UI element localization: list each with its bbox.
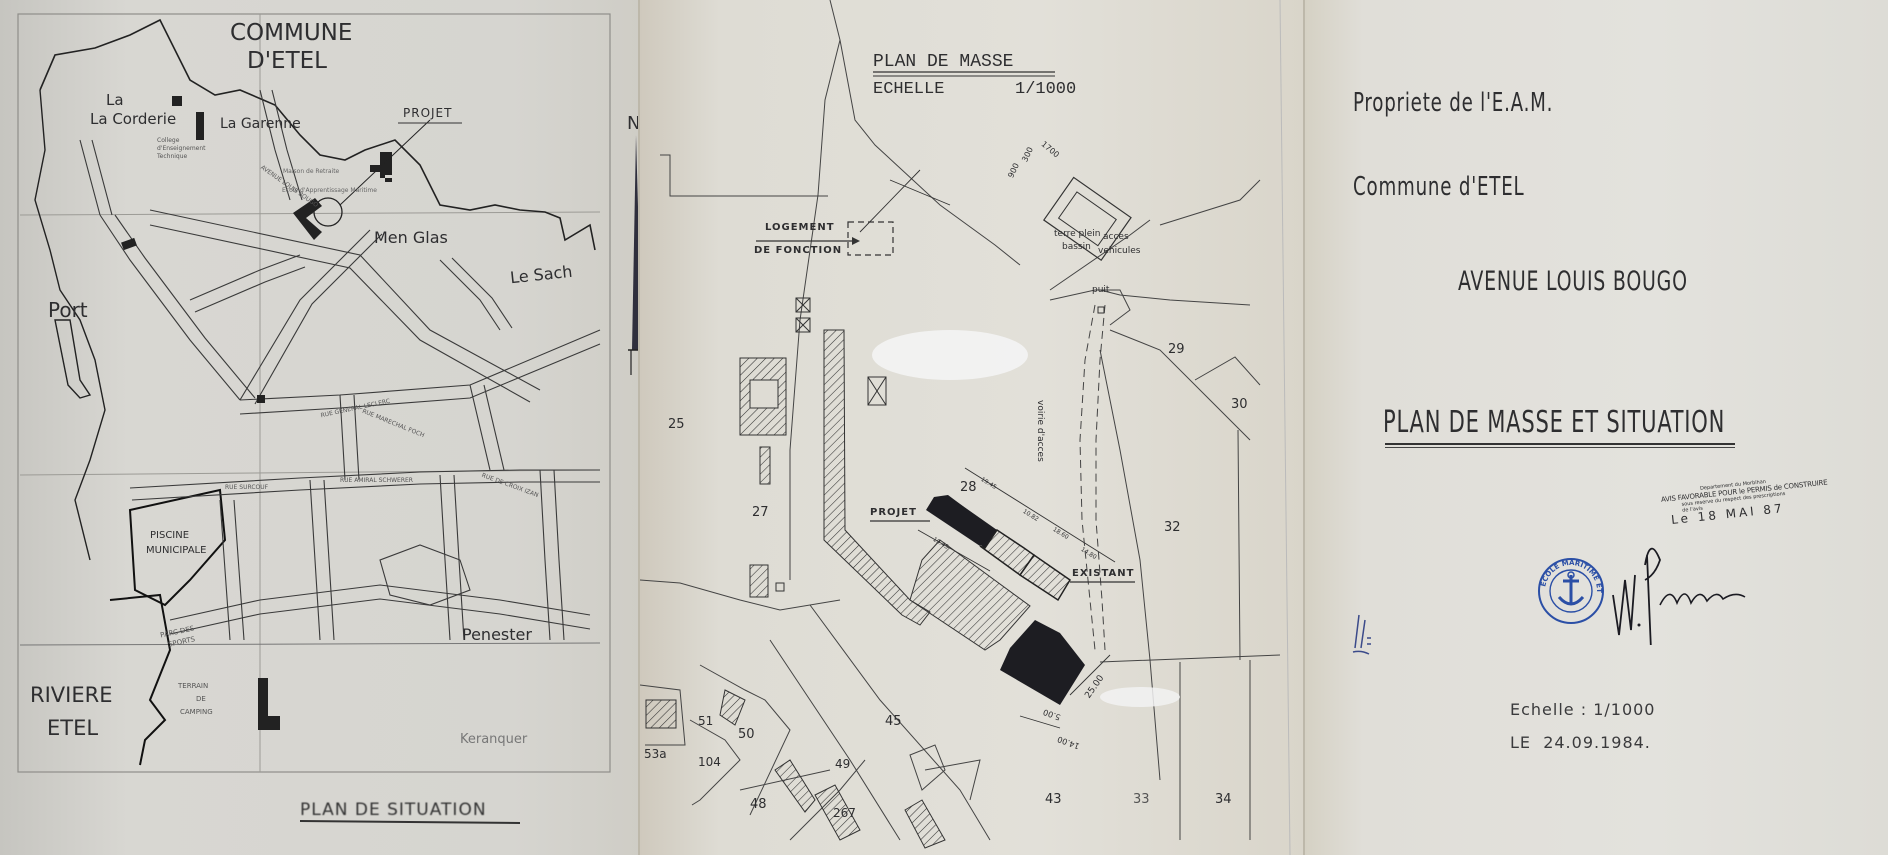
title-underline [1385, 447, 1735, 448]
camping-label-2: DE [196, 695, 206, 703]
piscine-label-2: MUNICIPALE [146, 545, 206, 556]
parcel-number: 29 [1168, 342, 1185, 357]
parcel-number: 32 [1164, 520, 1181, 535]
river-label: RIVIERE [30, 683, 112, 707]
parcel-number: 25 [668, 417, 685, 432]
district-label-corderie: La Corderie [90, 110, 176, 128]
vehicules-label: vehicules [1098, 246, 1140, 256]
parcel-number: 43 [1045, 792, 1062, 807]
street-label: RUE SURCOUF [225, 484, 268, 491]
district-label-men-glas: Men Glas [374, 228, 448, 247]
street-label: RUE AMIRAL SCHWERER [340, 477, 413, 484]
street-line: AVENUE LOUIS BOUGO [1458, 266, 1688, 297]
scale-text: Echelle : 1/1000 [1510, 700, 1655, 719]
acces-label: acces [1103, 232, 1129, 242]
district-label-penester: Penester [462, 625, 532, 644]
voirie-label: voirie d'acces [1035, 400, 1045, 462]
commune-label: COMMUNE [230, 20, 352, 46]
title-block-panel: Propriete de l'E.A.M. Commune d'ETEL AVE… [1305, 0, 1888, 855]
river-label-etel: ETEL [47, 716, 98, 740]
parcel-number: 267 [833, 806, 856, 820]
situation-plan-caption: PLAN DE SITUATION [300, 800, 487, 820]
college-label: College [157, 137, 179, 144]
school-seal-icon: ECOLE MARITIME ET [1535, 555, 1615, 635]
college-label-2: d'Enseignement [157, 145, 206, 152]
parcel-number: 53a [644, 747, 667, 761]
document-title: PLAN DE MASSE ET SITUATION [1383, 405, 1725, 440]
camping-label-3: CAMPING [180, 708, 213, 716]
initials-mark [1351, 610, 1381, 660]
date-text: LE 24.09.1984. [1510, 733, 1651, 752]
parcel-number: 45 [885, 714, 902, 729]
district-label-keranquer: Keranquer [460, 732, 527, 747]
parcel-number: 30 [1231, 397, 1248, 412]
maison-retraite-label: Maison de Retraite [283, 168, 339, 175]
terre-plein-label: terre plein [1054, 229, 1100, 239]
title-underline [1385, 443, 1735, 445]
parcel-number: 34 [1215, 792, 1232, 807]
bassin-label: bassin [1062, 242, 1091, 252]
parcel-number: 50 [738, 727, 755, 742]
puit-label: puit [1092, 285, 1109, 295]
college-label-3: Technique [157, 153, 187, 160]
parcel-number: 27 [752, 505, 769, 520]
port-label: Port [48, 298, 88, 322]
district-label-corderie: La [106, 91, 124, 109]
logement-label: LOGEMENT [765, 222, 835, 233]
commune-label-etel: D'ETEL [247, 48, 327, 74]
mass-plan-title: PLAN DE MASSE [873, 52, 1013, 72]
parcel-number: 33 [1133, 792, 1150, 807]
mass-plan-panel: PLAN DE MASSE ECHELLE 1/1000 LOGEMENT DE… [640, 0, 1305, 855]
parcel-number: 104 [698, 755, 721, 769]
mass-plan-scale-label: ECHELLE [873, 80, 944, 99]
approval-stamp: Departement du Morbihan AVIS FAVORABLE P… [1660, 473, 1831, 530]
mass-plan-scale-value: 1/1000 [1015, 80, 1076, 99]
camping-label: TERRAIN [178, 682, 208, 690]
commune-line: Commune d'ETEL [1353, 172, 1524, 202]
signature-mark [1605, 525, 1765, 645]
parcel-number: 51 [698, 714, 713, 728]
projet-callout-label: PROJET [403, 106, 452, 120]
parcel-number: 28 [960, 480, 977, 495]
logement-label-2: DE FONCTION [754, 245, 842, 256]
existant-label: EXISTANT [1072, 568, 1134, 579]
parcel-number: 49 [835, 757, 850, 771]
piscine-label: PISCINE [150, 530, 189, 541]
owner-line: Propriete de l'E.A.M. [1353, 88, 1553, 118]
district-label-garenne: La Garenne [220, 116, 301, 132]
parcel-number: 48 [750, 797, 767, 812]
situation-plan-panel: COMMUNE D'ETEL PROJET La La Corderie La … [0, 0, 640, 855]
projet-label: PROJET [870, 507, 917, 518]
